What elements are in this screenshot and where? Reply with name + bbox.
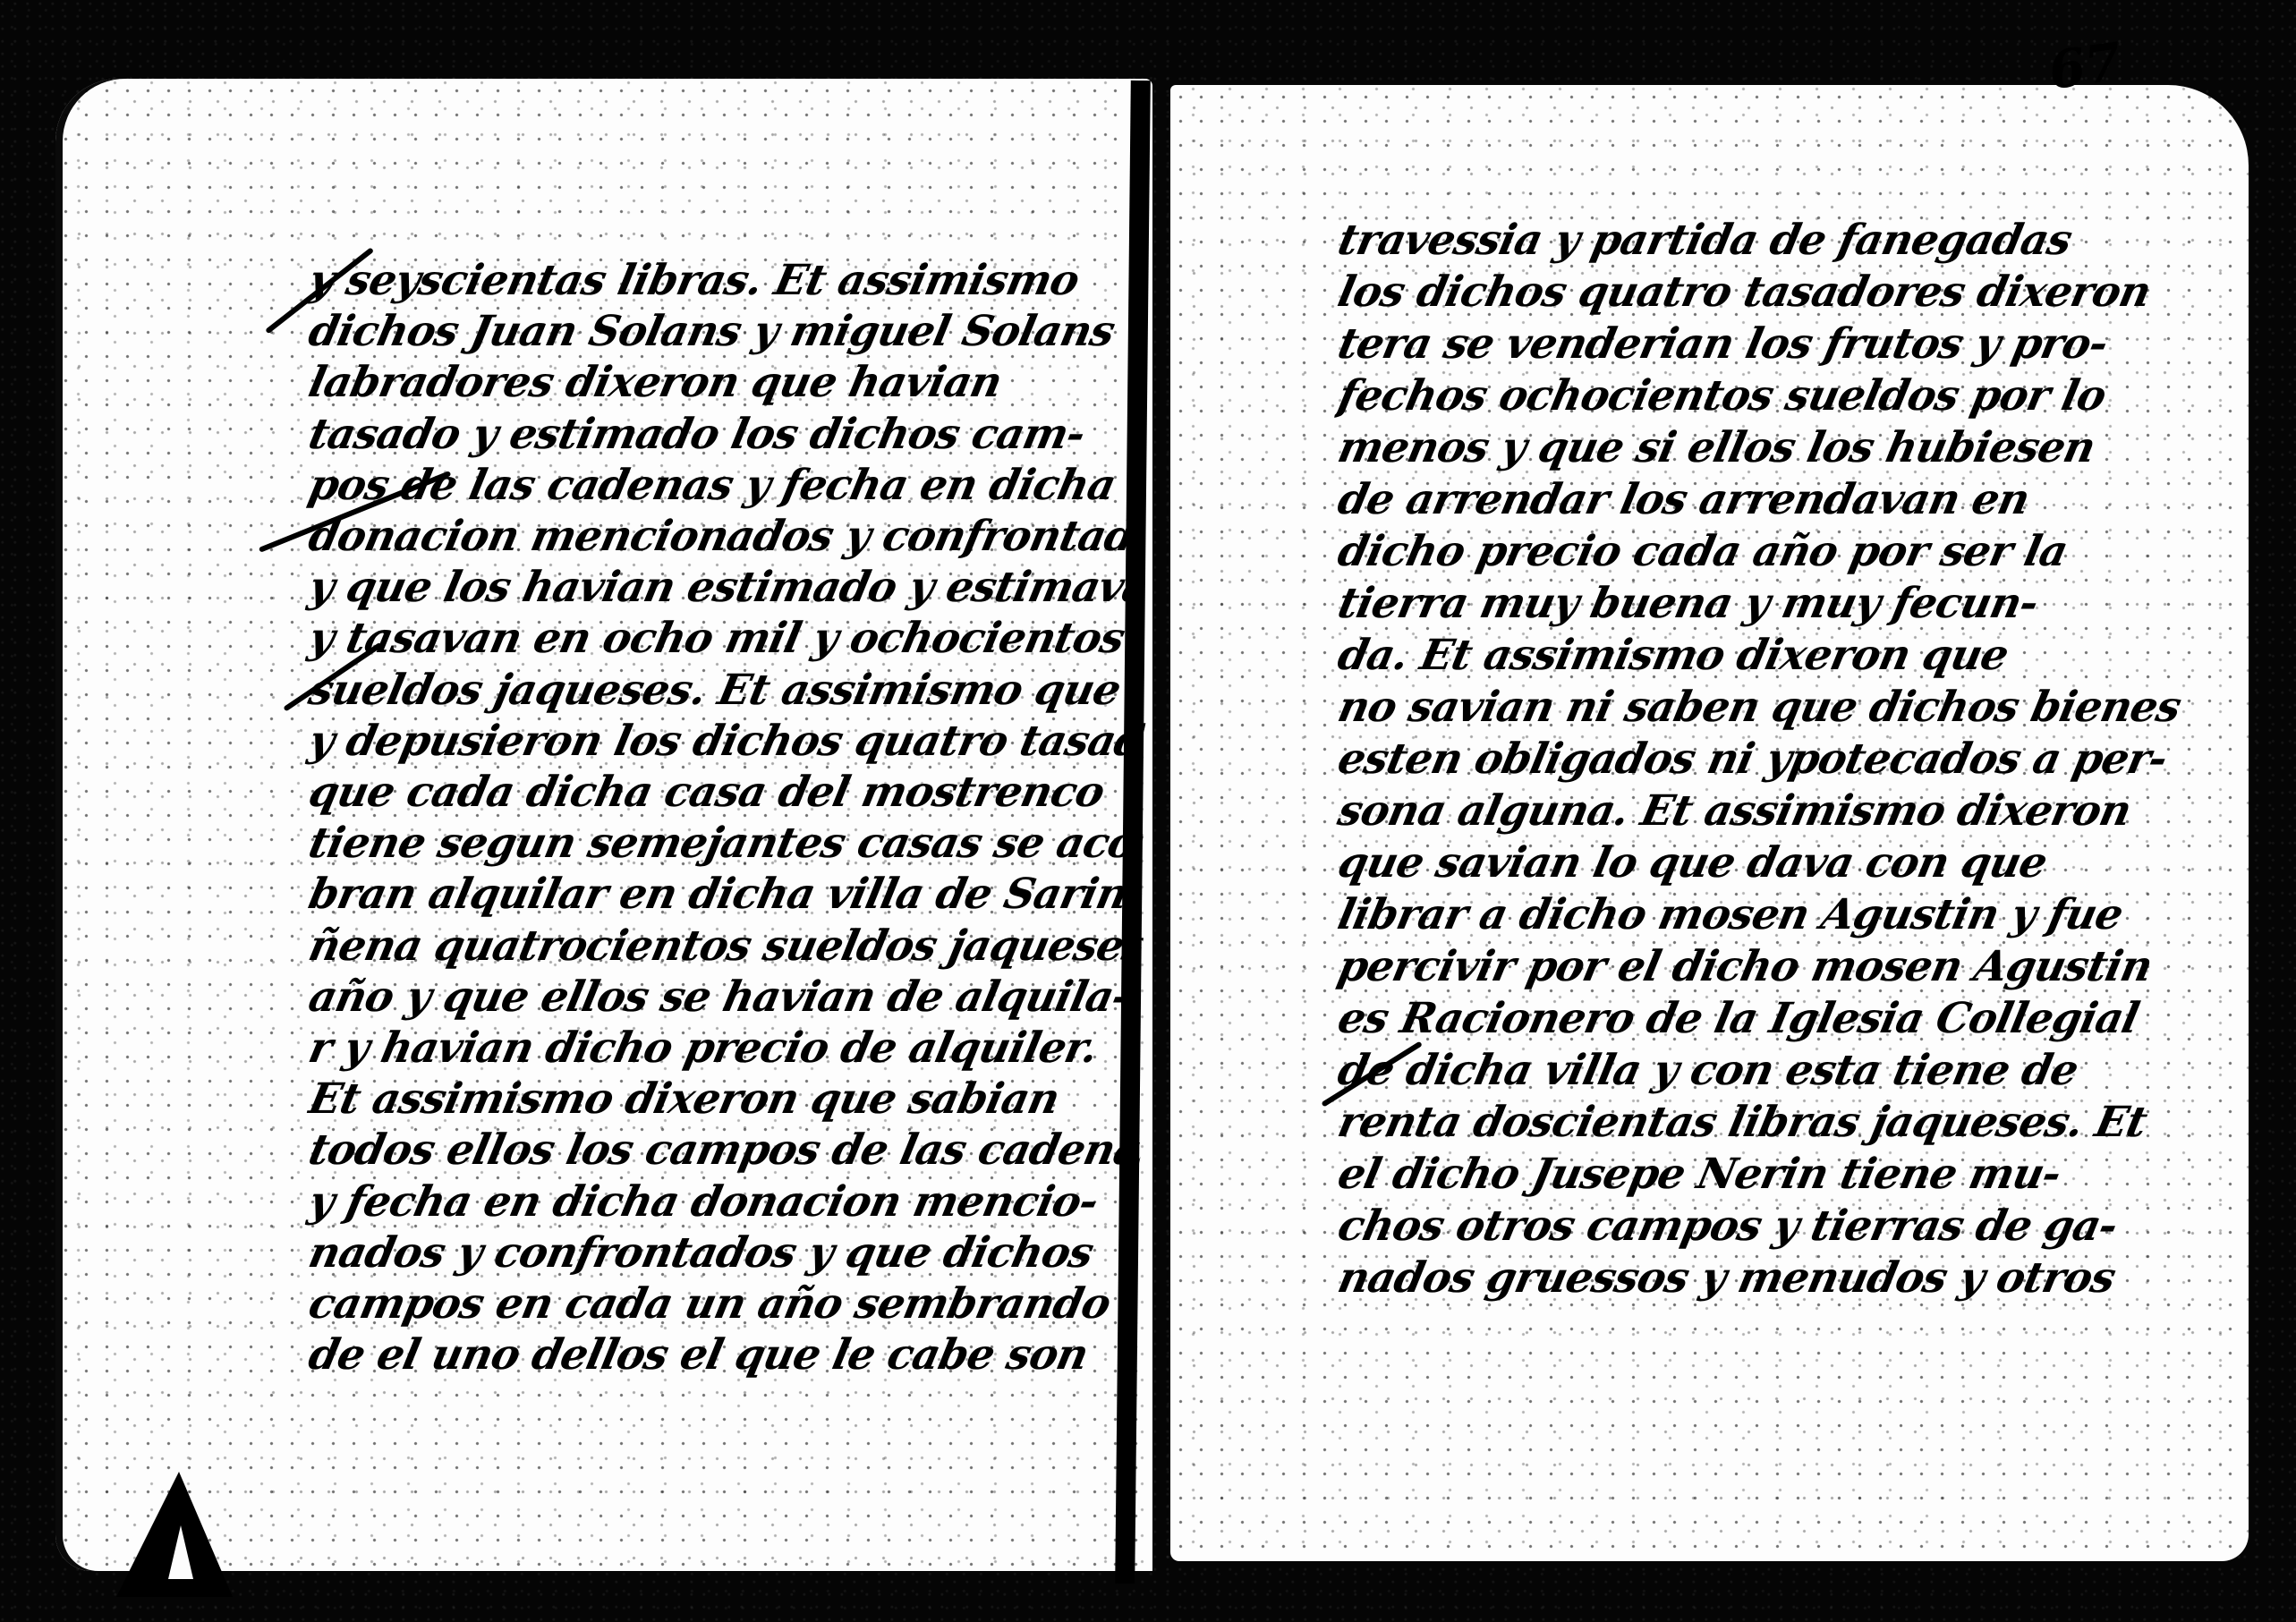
- manuscript-line: y depusieron los dichos quatro tasadores: [304, 716, 1147, 767]
- manuscript-line: tera se venderian los frutos y pro-: [1333, 318, 2248, 370]
- manuscript-line: sona alguna. Et assimismo dixeron: [1333, 786, 2248, 837]
- manuscript-line: dicho precio cada año por ser la: [1333, 526, 2248, 578]
- manuscript-line: el dicho Jusepe Nerin tiene mu-: [1333, 1149, 2248, 1201]
- manuscript-line: y tasavan en ocho mil y ochocientos: [304, 613, 1147, 664]
- manuscript-line: nados gruessos y menudos y otros: [1333, 1253, 2248, 1304]
- manuscript-line: todos ellos los campos de las cadenas: [304, 1125, 1147, 1176]
- manuscript-line: fechos ochocientos sueldos por lo: [1333, 370, 2248, 422]
- manuscript-line: no savian ni saben que dichos bienes: [1333, 682, 2248, 734]
- manuscript-line: renta doscientas libras jaqueses. Et: [1333, 1097, 2248, 1149]
- manuscript-line: ñena quatrocientos sueldos jaqueses de a…: [304, 921, 1147, 972]
- manuscript-line: año y que ellos se havian de alquila-: [304, 972, 1147, 1023]
- manuscript-line: dichos Juan Solans y miguel Solans: [304, 306, 1147, 357]
- manuscript-line: y fecha en dicha donacion mencio-: [304, 1176, 1147, 1227]
- manuscript-line: menos y que si ellos los hubiesen: [1333, 422, 2248, 474]
- manuscript-line: percivir por el dicho mosen Agustin: [1333, 941, 2248, 993]
- bookmark-ribbon-icon: [116, 1472, 233, 1597]
- manuscript-line: de el uno dellos el que le cabe son: [304, 1329, 1147, 1380]
- manuscript-line: sueldos jaqueses. Et assimismo que dixer…: [304, 665, 1147, 716]
- manuscript-line: travessia y partida de fanegadas: [1333, 215, 2248, 267]
- manuscript-line: librar a dicho mosen Agustin y fue: [1333, 889, 2248, 941]
- manuscript-line: donacion mencionados y confrontados: [304, 511, 1147, 562]
- left-page-text: y seyscientas libras. Et assimismo dicho…: [304, 255, 1136, 1380]
- manuscript-line: campos en cada un año sembrando: [304, 1278, 1147, 1329]
- manuscript-line: los dichos quatro tasadores dixeron: [1333, 267, 2248, 318]
- manuscript-line: que cada dicha casa del mostrenco: [304, 767, 1147, 818]
- manuscript-line: labradores dixeron que havian: [304, 357, 1147, 408]
- manuscript-line: da. Et assimismo dixeron que: [1333, 630, 2248, 682]
- manuscript-line: es Racionero de la Iglesia Collegial: [1333, 993, 2248, 1045]
- manuscript-line: y seyscientas libras. Et assimismo: [304, 255, 1147, 306]
- folio-number: 67: [2045, 31, 2125, 102]
- manuscript-line: esten obligados ni ypotecados a per-: [1333, 734, 2248, 786]
- manuscript-line: tierra muy buena y muy fecun-: [1333, 578, 2248, 630]
- manuscript-line: r y havian dicho precio de alquiler.: [304, 1023, 1147, 1074]
- manuscript-line: de dicha villa y con esta tiene de: [1333, 1045, 2248, 1097]
- manuscript-line: que savian lo que dava con que: [1333, 837, 2248, 889]
- manuscript-line: y que los havian estimado y estimavan: [304, 562, 1147, 613]
- manuscript-line: nados y confrontados y que dichos: [304, 1227, 1147, 1278]
- manuscript-line: tiene segun semejantes casas se acostum-: [304, 818, 1147, 869]
- manuscript-line: Et assimismo dixeron que sabian: [304, 1074, 1147, 1125]
- manuscript-line: de arrendar los arrendavan en: [1333, 474, 2248, 526]
- manuscript-line: pos de las cadenas y fecha en dicha: [304, 460, 1147, 511]
- manuscript-line: tasado y estimado los dichos cam-: [304, 409, 1147, 460]
- manuscript-line: bran alquilar en dicha villa de Sarin-: [304, 869, 1147, 920]
- manuscript-line: chos otros campos y tierras de ga-: [1333, 1201, 2248, 1253]
- right-page-text: travessia y partida de fanegadas los dic…: [1333, 215, 2237, 1304]
